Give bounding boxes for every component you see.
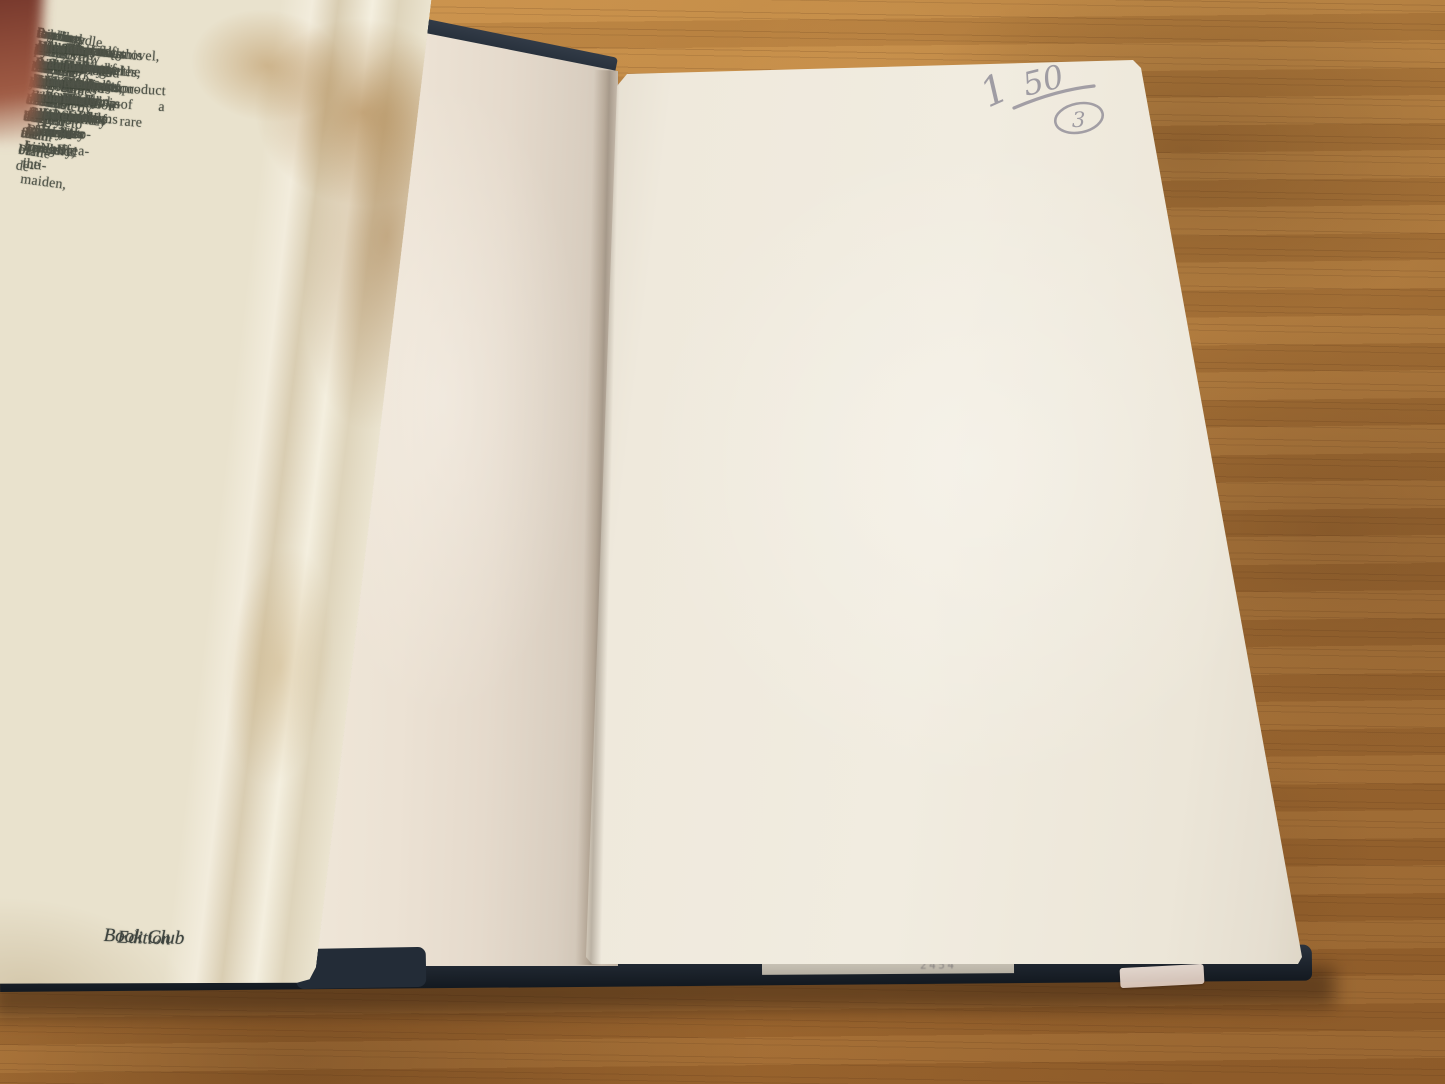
pencil-price-marking: 1 50 3: [930, 40, 1150, 170]
price-whole-digit: 1: [973, 65, 1015, 117]
flap-line: novel, the product of a rare: [119, 48, 168, 135]
flap-line: ummer joys of Merrie England.: [62, 42, 119, 113]
open-book-photo: 2454 1 50 3 In 1485, at Market Bosworth …: [0, 0, 1445, 1084]
imprint-line-2: Edition: [117, 925, 171, 949]
grade-number: 3: [1072, 108, 1085, 132]
